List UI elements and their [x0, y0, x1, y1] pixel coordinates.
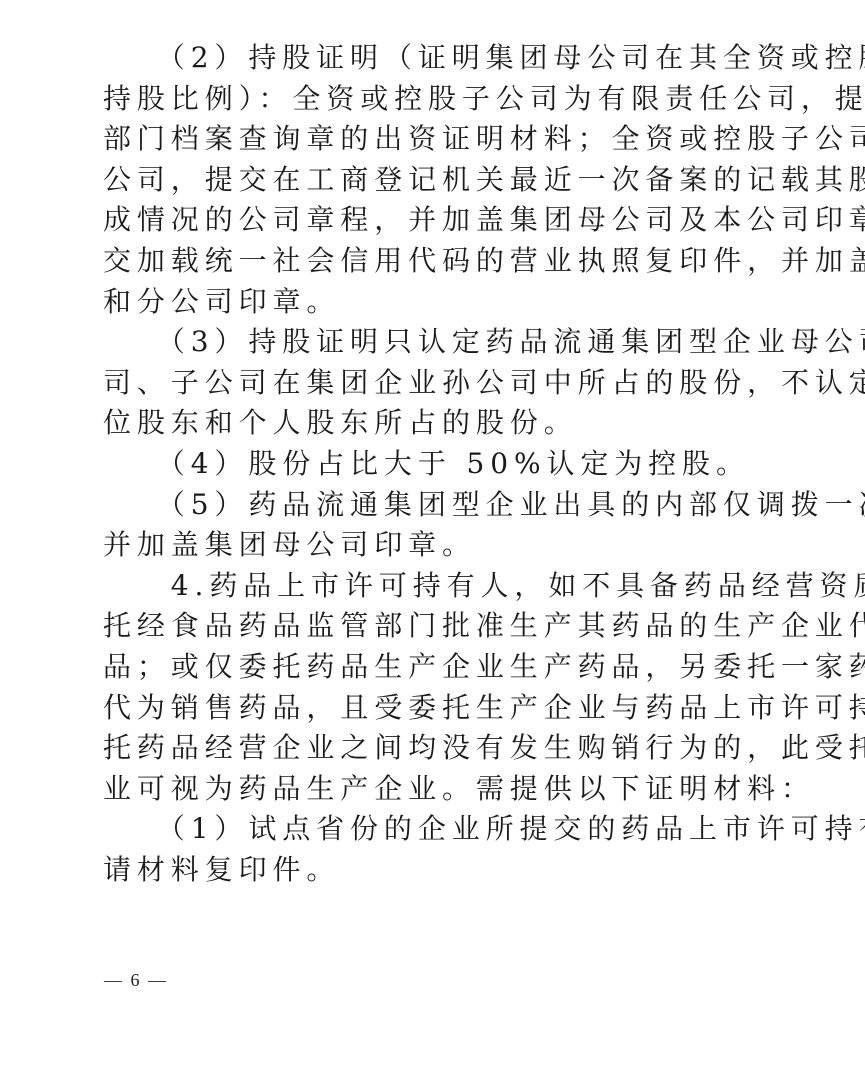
paragraph-commitment-letter: （5）药品流通集团型企业出具的内部仅调拨一次的承诺书， 并加盖集团母公司印章。 — [103, 485, 763, 566]
page-number: — 6 — — [104, 970, 168, 991]
text-line: 持股比例）：全资或控股子公司为有限责任公司，提交加盖工商 — [103, 79, 763, 120]
text-line: 部门档案查询章的出资证明材料；全资或控股子公司为股份有限 — [103, 119, 763, 160]
text-line: 和分公司印章。 — [103, 282, 763, 323]
paragraph-control-threshold: （4）股份占比大于 50%认定为控股。 — [103, 444, 763, 485]
paragraph-shareholding-scope: （3）持股证明只认定药品流通集团型企业母公司在其子公 司、子公司在集团企业孙公司… — [103, 322, 763, 444]
text-line: 托药品经营企业之间均没有发生购销行为的，此受托药品经营企 — [103, 728, 763, 769]
text-line: 业可视为药品生产企业。需提供以下证明材料： — [103, 769, 763, 810]
text-line: 4.药品上市许可持有人，如不具备药品经营资质的，应当委 — [103, 566, 763, 607]
document-page: （2）持股证明（证明集团母公司在其全资或控股子公司的 持股比例）：全资或控股子公… — [0, 0, 865, 1068]
text-line: （1）试点省份的企业所提交的药品上市许可持有人试点申 — [103, 809, 763, 850]
text-line: 并加盖集团母公司印章。 — [103, 525, 763, 566]
text-line: 公司，提交在工商登记机关最近一次备案的记载其股东及股本构 — [103, 160, 763, 201]
text-line: 司、子公司在集团企业孙公司中所占的股份，不认定其他任何单 — [103, 363, 763, 404]
text-line: （4）股份占比大于 50%认定为控股。 — [103, 444, 763, 485]
text-line: 品；或仅委托药品生产企业生产药品，另委托一家药品经营企业 — [103, 647, 763, 688]
text-line: 托经食品药品监管部门批准生产其药品的生产企业代为销售药 — [103, 606, 763, 647]
text-line: 位股东和个人股东所占的股份。 — [103, 403, 763, 444]
text-line: （2）持股证明（证明集团母公司在其全资或控股子公司的 — [103, 38, 763, 79]
paragraph-mah-holder: 4.药品上市许可持有人，如不具备药品经营资质的，应当委 托经食品药品监管部门批准… — [103, 566, 763, 810]
text-line: （5）药品流通集团型企业出具的内部仅调拨一次的承诺书， — [103, 485, 763, 526]
paragraph-shareholding-proof: （2）持股证明（证明集团母公司在其全资或控股子公司的 持股比例）：全资或控股子公… — [103, 38, 763, 322]
document-body: （2）持股证明（证明集团母公司在其全资或控股子公司的 持股比例）：全资或控股子公… — [103, 38, 763, 890]
text-line: 交加载统一社会信用代码的营业执照复印件，并加盖集团母公司 — [103, 241, 763, 282]
text-line: 请材料复印件。 — [103, 850, 763, 891]
text-line: 代为销售药品，且受委托生产企业与药品上市许可持有人及受委 — [103, 688, 763, 729]
text-line: （3）持股证明只认定药品流通集团型企业母公司在其子公 — [103, 322, 763, 363]
text-line: 成情况的公司章程，并加盖集团母公司及本公司印章。分公司提 — [103, 200, 763, 241]
paragraph-pilot-materials: （1）试点省份的企业所提交的药品上市许可持有人试点申 请材料复印件。 — [103, 809, 763, 890]
